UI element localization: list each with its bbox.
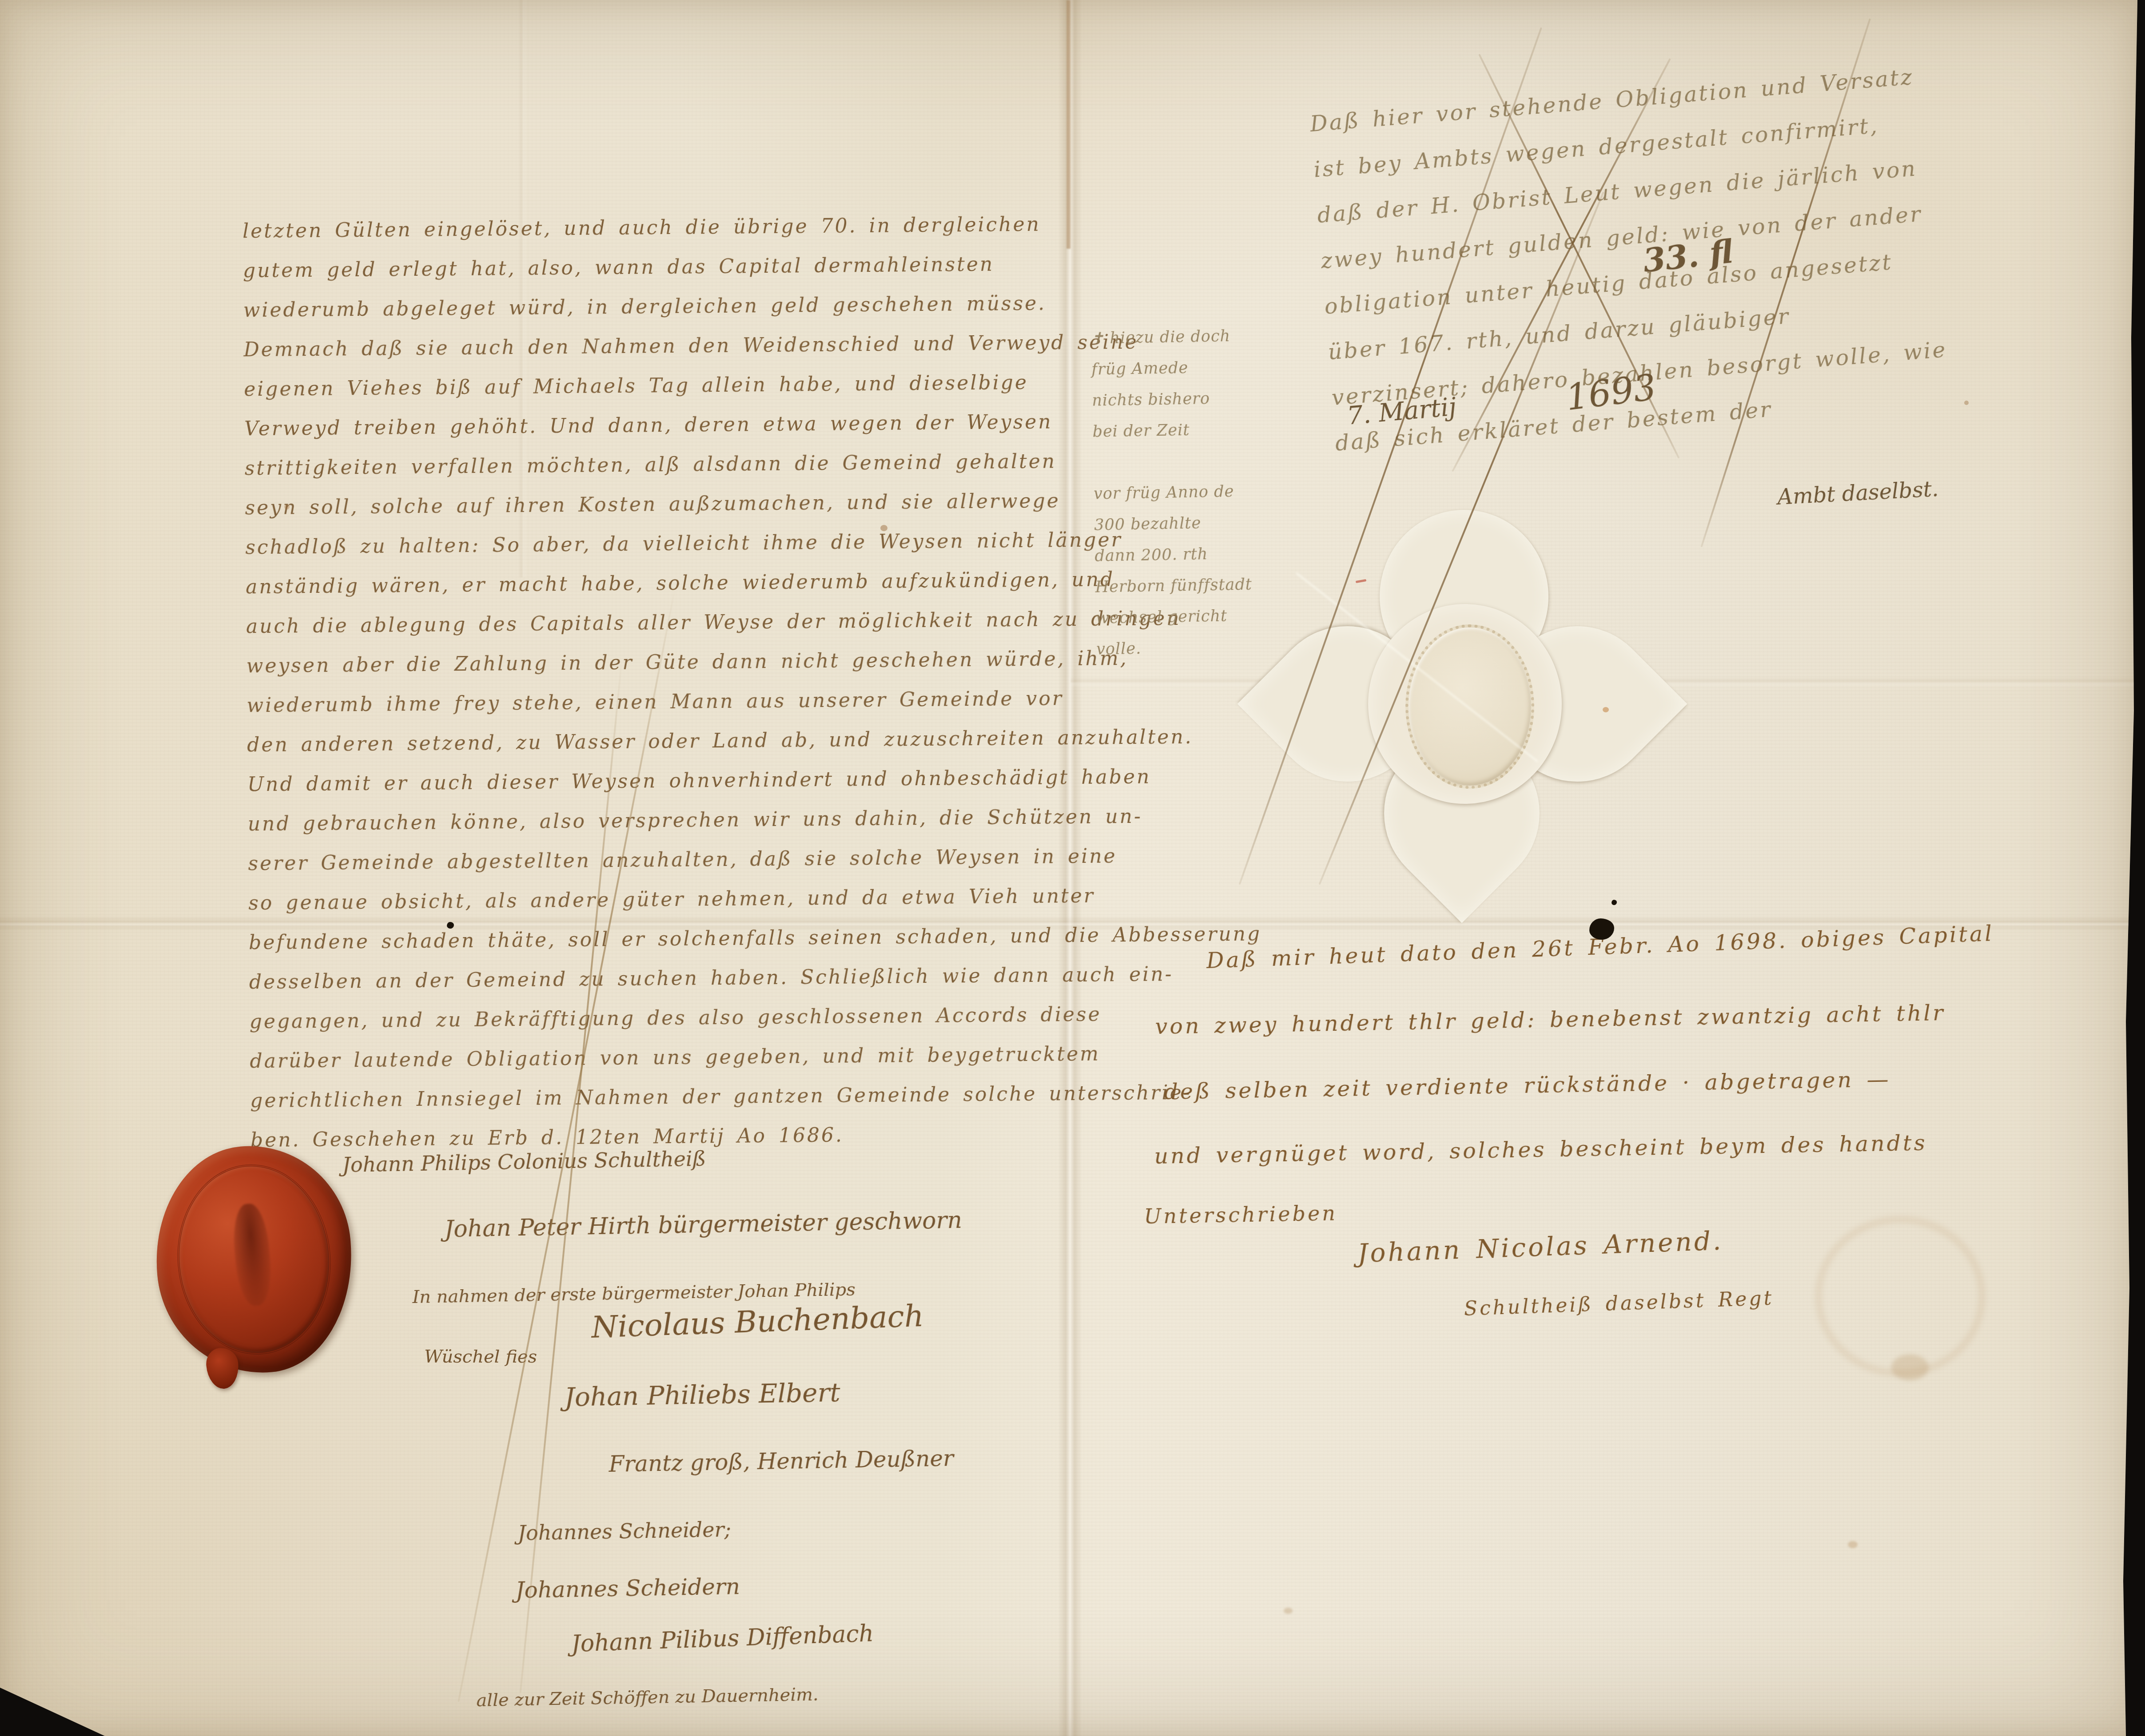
- text-line: so genaue obsicht, als andere güter nehm…: [248, 876, 1093, 923]
- receipt-line: von zwey hundert thlr geld: benebenst zw…: [1155, 1000, 1946, 1039]
- stain-speck: [880, 525, 887, 531]
- text-line: desselben an der Gemeind zu suchen haben…: [249, 955, 1093, 1002]
- text-line: den anderen setzend, zu Wasser oder Land…: [247, 718, 1091, 765]
- embossed-paper-seal: [1269, 510, 1665, 901]
- stain-speck: [1284, 1608, 1293, 1614]
- ink-speck: [1612, 900, 1617, 905]
- text-line: letzten Gülten eingelöset, und auch die …: [243, 204, 1087, 251]
- text-line: gutem geld erlegt hat, also, wann das Ca…: [243, 244, 1087, 291]
- signature-buchenbach: Nicolaus Buchenbach: [591, 1299, 924, 1345]
- text-line: wiederumb ihme frey stehe, einen Mann au…: [247, 679, 1091, 726]
- stain-speck: [1964, 401, 1969, 405]
- stain-blob: [1891, 1355, 1929, 1380]
- text-line: eigenen Viehes biß auf Michaels Tag alle…: [244, 362, 1088, 409]
- signature-diffenbach: Johann Pilibus Diffenbach: [571, 1620, 874, 1657]
- paper-sheet: letzten Gülten eingelöset, und auch die …: [0, 0, 2139, 1736]
- text-line: Und damit er auch dieser Weysen ohnverhi…: [247, 758, 1092, 805]
- receipt-line: Unterschrieben: [1144, 1201, 1337, 1228]
- text-line: anständig wären, er macht habe, solche w…: [246, 560, 1090, 607]
- text-line: vor früg Anno de: [1093, 473, 1378, 509]
- text-line: serer Gemeinde abgestellten anzuhalten, …: [248, 837, 1092, 884]
- text-line: Verweyd treiben gehöht. Und dann, deren …: [244, 402, 1089, 449]
- signature-scheidern: Johannes Scheidern: [515, 1573, 740, 1603]
- text-line: weysen aber die Zahlung in der Güte dann…: [246, 639, 1090, 686]
- red-wax-seal: [147, 1138, 362, 1381]
- stain-speck: [1848, 1541, 1858, 1548]
- text-line: befundene schaden thäte, soll er solchen…: [249, 916, 1093, 963]
- stain-speck: [284, 505, 290, 509]
- stain-speck: [1603, 707, 1609, 712]
- signature-wueschel: Wüschel fies: [424, 1347, 537, 1367]
- seal-ghost-stain: [1815, 1216, 1986, 1377]
- text-line: bei der Zeit: [1092, 411, 1377, 447]
- text-line: schadloß zu halten: So aber, da vielleic…: [245, 520, 1090, 568]
- text-line: strittigkeiten verfallen möchten, alß al…: [244, 441, 1089, 489]
- receipt-line: und vergnüget word, solches bescheint be…: [1154, 1130, 1927, 1169]
- text-line: ✝ hiezu die doch: [1090, 318, 1375, 354]
- annotation-office: Ambt daselbst.: [1777, 477, 1939, 510]
- document-scan: letzten Gülten eingelöset, und auch die …: [0, 0, 2145, 1736]
- receipt-signature: Johann Nicolas Arnend.: [1357, 1225, 1723, 1268]
- text-line: gegangen, und zu Bekräfftigung des also …: [249, 995, 1094, 1042]
- text-line: nichts bishero: [1092, 380, 1377, 416]
- text-line: und gebrauchen könne, also versprechen w…: [247, 797, 1092, 844]
- text-line: gerichtlichen Innsiegel im Nahmen der ga…: [250, 1074, 1094, 1121]
- text-line: darüber lautende Obligation von uns gege…: [250, 1034, 1094, 1081]
- receipt-title: Schultheiß daselbst Regt: [1464, 1287, 1774, 1320]
- signature-gross-deussner: Frantz groß, Henrich Deußner: [609, 1445, 954, 1477]
- signature-buergermeister: Johan Peter Hirth bürgermeister geschwor…: [444, 1207, 962, 1243]
- signature-schoeffen: alle zur Zeit Schöffen zu Dauernheim.: [476, 1684, 819, 1711]
- embossed-oval-impression: [1405, 624, 1534, 789]
- text-line: [1093, 442, 1377, 478]
- text-line: früg Amede: [1091, 349, 1376, 385]
- receipt-line: deß selben zeit verdiente rückstände · a…: [1164, 1066, 1891, 1104]
- text-line: seyn soll, solche auf ihren Kosten außzu…: [245, 481, 1089, 528]
- signature-schneider: Johannes Schneider;: [517, 1518, 731, 1545]
- signature-elbert: Johan Philiebs Elbert: [564, 1377, 840, 1412]
- main-text-block: letzten Gülten eingelöset, und auch die …: [243, 204, 1095, 1160]
- text-line: Demnach daß sie auch den Nahmen den Weid…: [243, 323, 1088, 370]
- text-line: wiederumb abgeleget würd, in dergleichen…: [243, 283, 1087, 330]
